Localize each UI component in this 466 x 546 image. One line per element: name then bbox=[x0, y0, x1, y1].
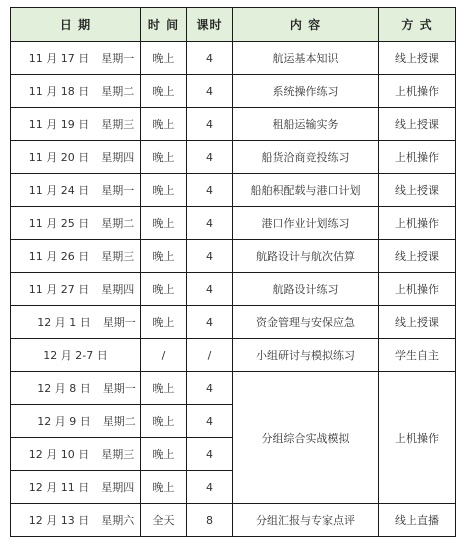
weekday-text: 星期三 bbox=[101, 116, 134, 132]
weekday-text: 星期四 bbox=[101, 281, 134, 297]
time-cell: 晚上 bbox=[141, 108, 187, 141]
hours-cell: 4 bbox=[187, 405, 233, 438]
content-cell: 租船运输实务 bbox=[233, 108, 379, 141]
date-cell: 12 月 13 日星期六 bbox=[11, 504, 141, 537]
table-row: 11 月 27 日星期四 晚上 4 航路设计练习 上机操作 bbox=[11, 273, 456, 306]
merged-content-cell: 分组综合实战模拟 bbox=[233, 372, 379, 504]
date-text: 11 月 18 日 bbox=[29, 85, 89, 98]
time-cell: 晚上 bbox=[141, 207, 187, 240]
time-cell: 晚上 bbox=[141, 471, 187, 504]
table-row: 11 月 25 日星期二 晚上 4 港口作业计划练习 上机操作 bbox=[11, 207, 456, 240]
content-cell: 航路设计练习 bbox=[233, 273, 379, 306]
date-cell: 12 月 8 日星期一 bbox=[11, 372, 141, 405]
date-text: 11 月 17 日 bbox=[29, 52, 89, 65]
hours-cell: 4 bbox=[187, 141, 233, 174]
mode-cell: 学生自主 bbox=[379, 339, 456, 372]
hours-cell: 4 bbox=[187, 108, 233, 141]
time-cell: 晚上 bbox=[141, 42, 187, 75]
hours-cell: 4 bbox=[187, 273, 233, 306]
date-text: 12 月 9 日 bbox=[37, 415, 91, 428]
hours-cell: 4 bbox=[187, 42, 233, 75]
mode-cell: 上机操作 bbox=[379, 141, 456, 174]
date-text: 11 月 26 日 bbox=[29, 250, 89, 263]
hours-cell: 4 bbox=[187, 438, 233, 471]
hours-cell: 4 bbox=[187, 207, 233, 240]
table-row: 11 月 19 日星期三 晚上 4 租船运输实务 线上授课 bbox=[11, 108, 456, 141]
weekday-text: 星期一 bbox=[103, 380, 136, 396]
weekday-text: 星期二 bbox=[101, 215, 134, 231]
hours-cell: 4 bbox=[187, 372, 233, 405]
hours-cell: 4 bbox=[187, 75, 233, 108]
hours-cell: / bbox=[187, 339, 233, 372]
hours-cell: 4 bbox=[187, 240, 233, 273]
content-cell: 船货洽商竞投练习 bbox=[233, 141, 379, 174]
table-row: 11 月 24 日星期一 晚上 4 船舶积配载与港口计划 线上授课 bbox=[11, 174, 456, 207]
content-cell: 系统操作练习 bbox=[233, 75, 379, 108]
weekday-text: 星期四 bbox=[101, 479, 134, 495]
time-cell: 晚上 bbox=[141, 306, 187, 339]
merged-mode-cell: 上机操作 bbox=[379, 372, 456, 504]
content-cell: 船舶积配载与港口计划 bbox=[233, 174, 379, 207]
hours-cell: 4 bbox=[187, 174, 233, 207]
date-cell: 11 月 20 日星期四 bbox=[11, 141, 141, 174]
table-row: 12 月 13 日星期六 全天 8 分组汇报与专家点评 线上直播 bbox=[11, 504, 456, 537]
mode-cell: 线上授课 bbox=[379, 306, 456, 339]
time-cell: 晚上 bbox=[141, 405, 187, 438]
table-row: 11 月 26 日星期三 晚上 4 航路设计与航次估算 线上授课 bbox=[11, 240, 456, 273]
course-schedule-table: 日 期 时 间 课时 内 容 方 式 11 月 17 日星期一 晚上 4 航运基… bbox=[10, 7, 456, 537]
time-cell: 晚上 bbox=[141, 438, 187, 471]
date-cell: 11 月 19 日星期三 bbox=[11, 108, 141, 141]
mode-cell: 上机操作 bbox=[379, 75, 456, 108]
table-row: 12 月 2-7 日 / / 小组研讨与模拟练习 学生自主 bbox=[11, 339, 456, 372]
mode-cell: 上机操作 bbox=[379, 207, 456, 240]
time-cell: 晚上 bbox=[141, 240, 187, 273]
weekday-text: 星期四 bbox=[101, 149, 134, 165]
date-cell: 12 月 9 日星期二 bbox=[11, 405, 141, 438]
hours-cell: 8 bbox=[187, 504, 233, 537]
time-cell: 全天 bbox=[141, 504, 187, 537]
mode-cell: 线上授课 bbox=[379, 108, 456, 141]
weekday-text: 星期一 bbox=[103, 314, 136, 330]
mode-cell: 上机操作 bbox=[379, 273, 456, 306]
header-content: 内 容 bbox=[233, 8, 379, 42]
content-cell: 小组研讨与模拟练习 bbox=[233, 339, 379, 372]
time-cell: 晚上 bbox=[141, 372, 187, 405]
mode-cell: 线上直播 bbox=[379, 504, 456, 537]
mode-cell: 线上授课 bbox=[379, 174, 456, 207]
content-cell: 资金管理与安保应急 bbox=[233, 306, 379, 339]
header-hours: 课时 bbox=[187, 8, 233, 42]
date-cell: 12 月 10 日星期三 bbox=[11, 438, 141, 471]
date-text: 11 月 19 日 bbox=[29, 118, 89, 131]
date-text: 11 月 20 日 bbox=[29, 151, 89, 164]
date-text: 11 月 27 日 bbox=[29, 283, 89, 296]
mode-cell: 线上授课 bbox=[379, 42, 456, 75]
date-cell: 11 月 26 日星期三 bbox=[11, 240, 141, 273]
header-date: 日 期 bbox=[11, 8, 141, 42]
time-cell: / bbox=[141, 339, 187, 372]
weekday-text: 星期一 bbox=[101, 50, 134, 66]
hours-cell: 4 bbox=[187, 306, 233, 339]
time-cell: 晚上 bbox=[141, 273, 187, 306]
content-cell: 航路设计与航次估算 bbox=[233, 240, 379, 273]
table-row: 11 月 17 日星期一 晚上 4 航运基本知识 线上授课 bbox=[11, 42, 456, 75]
content-cell: 港口作业计划练习 bbox=[233, 207, 379, 240]
date-cell: 12 月 2-7 日 bbox=[11, 339, 141, 372]
content-cell: 分组汇报与专家点评 bbox=[233, 504, 379, 537]
date-text: 12 月 13 日 bbox=[29, 514, 89, 527]
weekday-text: 星期一 bbox=[101, 182, 134, 198]
table-row: 12 月 1 日星期一 晚上 4 资金管理与安保应急 线上授课 bbox=[11, 306, 456, 339]
date-cell: 12 月 1 日星期一 bbox=[11, 306, 141, 339]
time-cell: 晚上 bbox=[141, 75, 187, 108]
weekday-text: 星期六 bbox=[101, 512, 134, 528]
header-mode: 方 式 bbox=[379, 8, 456, 42]
hours-cell: 4 bbox=[187, 471, 233, 504]
header-time: 时 间 bbox=[141, 8, 187, 42]
date-text: 12 月 1 日 bbox=[37, 316, 91, 329]
weekday-text: 星期二 bbox=[101, 83, 134, 99]
content-cell: 航运基本知识 bbox=[233, 42, 379, 75]
table-row: 12 月 8 日星期一 晚上 4 分组综合实战模拟 上机操作 bbox=[11, 372, 456, 405]
date-text: 11 月 24 日 bbox=[29, 184, 89, 197]
weekday-text: 星期二 bbox=[103, 413, 136, 429]
date-text: 12 月 8 日 bbox=[37, 382, 91, 395]
date-cell: 11 月 17 日星期一 bbox=[11, 42, 141, 75]
date-text: 12 月 10 日 bbox=[29, 448, 89, 461]
weekday-text: 星期三 bbox=[101, 248, 134, 264]
date-cell: 11 月 25 日星期二 bbox=[11, 207, 141, 240]
date-cell: 11 月 27 日星期四 bbox=[11, 273, 141, 306]
mode-cell: 线上授课 bbox=[379, 240, 456, 273]
date-cell: 11 月 24 日星期一 bbox=[11, 174, 141, 207]
table-row: 11 月 20 日星期四 晚上 4 船货洽商竞投练习 上机操作 bbox=[11, 141, 456, 174]
weekday-text: 星期三 bbox=[101, 446, 134, 462]
time-cell: 晚上 bbox=[141, 174, 187, 207]
table-row: 11 月 18 日星期二 晚上 4 系统操作练习 上机操作 bbox=[11, 75, 456, 108]
date-cell: 12 月 11 日星期四 bbox=[11, 471, 141, 504]
date-text: 11 月 25 日 bbox=[29, 217, 89, 230]
date-text: 12 月 11 日 bbox=[29, 481, 89, 494]
date-cell: 11 月 18 日星期二 bbox=[11, 75, 141, 108]
time-cell: 晚上 bbox=[141, 141, 187, 174]
table-header-row: 日 期 时 间 课时 内 容 方 式 bbox=[11, 8, 456, 42]
